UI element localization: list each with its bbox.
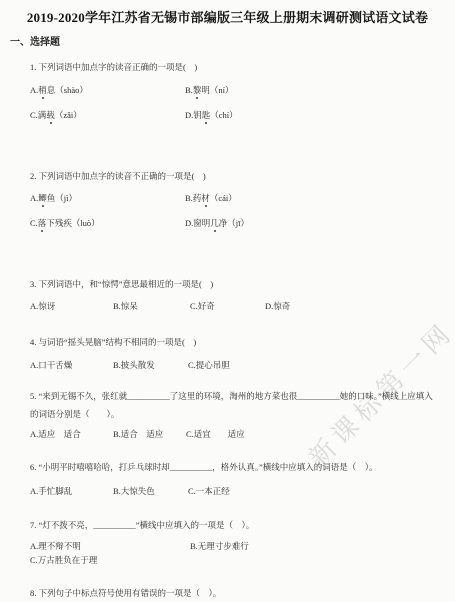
page-title: 2019-2020学年江苏省无锡市部编版三年级上册期末调研测试语文试卷 xyxy=(0,7,455,26)
question-2-option-c: C.落下残疾（luò） xyxy=(30,217,100,229)
question-2-stem: 2. 下列词语中加点字的读音不正确的一项是( ) xyxy=(30,170,206,182)
option-text: 净（jī） xyxy=(219,218,249,228)
question-1-option-a: A.稍息（shào） xyxy=(30,84,88,96)
question-4-option-a: A.口干舌燥 xyxy=(30,359,72,371)
section-heading: 一、选择题 xyxy=(10,33,60,48)
dotted-char: 载 xyxy=(46,109,55,121)
option-text: A. xyxy=(30,193,38,203)
question-5-option-c: C.适宜 适应 xyxy=(186,428,245,440)
question-3-option-b: B.惊呆 xyxy=(113,300,138,312)
question-3-option-d: D.惊奇 xyxy=(265,300,290,312)
question-2-option-d: D.窗明几净（jī） xyxy=(185,217,249,229)
question-7-option-a: A.理不辩不明 xyxy=(30,540,81,552)
dotted-char: 鲫 xyxy=(38,192,47,204)
question-4-option-b: B.披头散发 xyxy=(113,359,155,371)
option-text: B.药 xyxy=(185,193,201,203)
option-text: C. xyxy=(30,218,38,228)
question-5-stem-line1: 5. “来到无锡不久，张红就__________了这里的环境，淘州的地方菜也很_… xyxy=(30,390,433,402)
option-text: B. xyxy=(185,85,193,95)
question-7-option-b: B.无理寸步难行 xyxy=(190,540,249,552)
option-text: （zǎi） xyxy=(55,110,82,120)
question-5-option-b: B.适合 适应 xyxy=(113,428,163,440)
option-text: 明（ní） xyxy=(201,85,233,95)
dotted-char: 黎 xyxy=(193,84,202,96)
question-1-option-b: B.黎明（ní） xyxy=(185,84,233,96)
dotted-char: 匙 xyxy=(202,109,211,121)
option-text: D.窗明 xyxy=(185,218,210,228)
question-5-option-a: A.适应 适合 xyxy=(30,428,81,440)
question-6-option-c: C.一本正经 xyxy=(188,485,230,497)
option-text: A. xyxy=(30,85,38,95)
question-1-option-c: C.满载（zǎi） xyxy=(30,109,82,121)
question-6-option-b: B.大惊失色 xyxy=(113,485,155,497)
question-6-option-a: A.手忙脚乱 xyxy=(30,485,72,497)
question-4-stem: 4. 与词语“摇头晃脑”结构不相同的一项是( ) xyxy=(30,336,196,348)
question-3-option-a: A.惊讶 xyxy=(30,300,55,312)
question-6-stem: 6. “小明平时嘻嘻哈哈，打乒乓球时却__________，格外认真。”横线中应… xyxy=(30,461,378,473)
question-3-option-c: C.好奇 xyxy=(190,300,215,312)
question-8-stem: 8. 下列句子中标点符号使用有错误的一项是（ ）。 xyxy=(30,587,221,599)
question-1-stem: 1. 下列词语中加点字的读音正确的一项是( ) xyxy=(30,61,197,73)
option-text: 息（shào） xyxy=(47,85,88,95)
dotted-char: 稍 xyxy=(38,84,47,96)
option-text: （chí） xyxy=(210,110,237,120)
question-7-stem: 7. “灯不拨不亮，__________”横线中应填入的一项是（ ）。 xyxy=(30,519,254,531)
question-5-stem-line2: 的词语分别是（ ）。 xyxy=(30,408,119,420)
question-4-option-c: C.提心吊胆 xyxy=(188,359,230,371)
dotted-char: 材 xyxy=(201,192,210,204)
option-text: （cái） xyxy=(210,193,237,203)
option-text: 下残疾（luò） xyxy=(46,218,99,228)
question-2-option-a: A.鲫鱼（jì） xyxy=(30,192,77,204)
question-1-option-d: D.钥匙（chí） xyxy=(185,109,238,121)
dotted-char: 落 xyxy=(38,217,47,229)
option-text: C.满 xyxy=(30,110,46,120)
question-7-option-c: C.万古胜负在于理 xyxy=(30,554,97,566)
dotted-char: 几 xyxy=(210,217,219,229)
option-text: 鱼（jì） xyxy=(47,193,77,203)
question-3-stem: 3. 下列词语中，和“惊愕”意思最相近的一项是( ) xyxy=(30,278,213,290)
option-text: D.钥 xyxy=(185,110,202,120)
question-2-option-b: B.药材（cái） xyxy=(185,192,237,204)
